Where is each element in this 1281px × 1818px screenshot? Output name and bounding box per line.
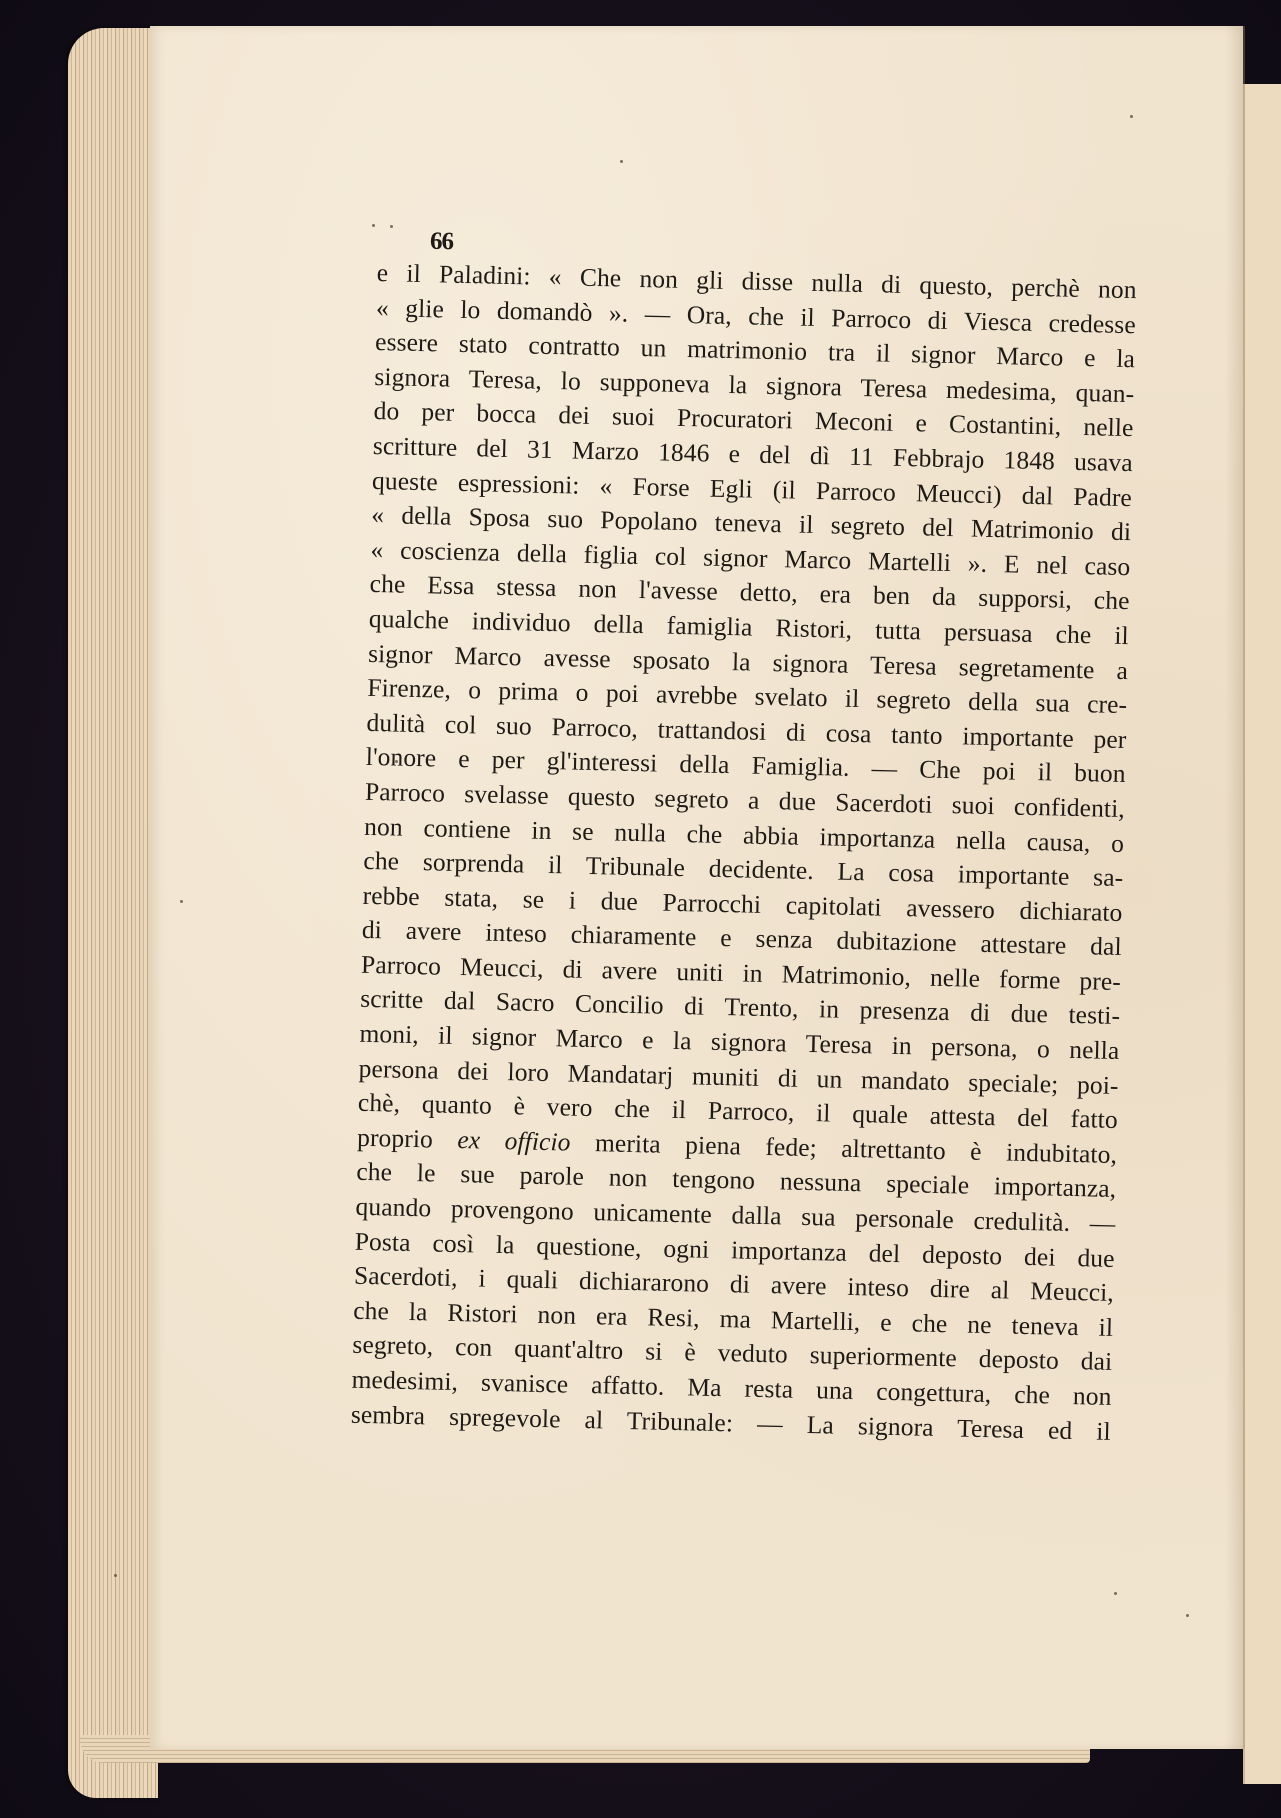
page-edges-stack <box>68 28 158 1798</box>
italic-phrase: ex officio <box>457 1125 571 1157</box>
paper-speck <box>390 225 393 228</box>
text-segment: proprio <box>357 1123 458 1154</box>
paper-speck <box>180 900 183 903</box>
paper-speck <box>620 160 623 163</box>
gutter-shadow <box>1225 26 1245 1749</box>
paper-speck <box>1114 1592 1117 1595</box>
paper-speck <box>1130 115 1133 118</box>
facing-page-edge <box>1243 84 1281 1784</box>
body-text: e il Paladini: « Che non gli disse nulla… <box>350 220 1137 1449</box>
paper-speck <box>395 760 398 763</box>
paper-speck <box>1186 1614 1189 1617</box>
paper-speck <box>114 1574 117 1577</box>
paper-speck <box>372 224 375 227</box>
